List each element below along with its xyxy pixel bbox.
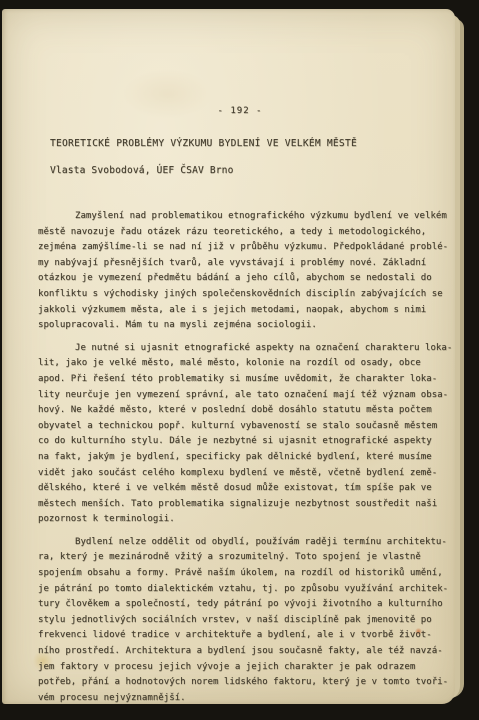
text-line: vém procesu nejvýznamnější. xyxy=(38,691,448,707)
text-line: městech menších. Tato problematika signa… xyxy=(38,497,448,513)
page-number: - 192 - xyxy=(38,106,442,116)
text-line: Bydlení nelze oddělit od obydlí, používá… xyxy=(38,535,448,551)
text-line: frekvenci lidové tradice v architektuře … xyxy=(38,628,448,644)
document-page: - 192 - TEORETICKÉ PROBLÉMY VÝZKUMU BYDL… xyxy=(2,9,455,704)
text-line: ra, který je mezinárodně vžitý a srozumi… xyxy=(38,550,448,566)
paragraph: Je nutné si ujasnit etnografické aspekty… xyxy=(38,341,448,528)
text-line: ního prostředí. Architektura a bydlení j… xyxy=(38,644,448,660)
text-line: otázkou je vymezení předmětu bádání a je… xyxy=(38,271,448,287)
text-line: vidět jako součást celého komplexu bydle… xyxy=(38,466,448,482)
text-line: Zamyšlení nad problematikou etnografické… xyxy=(38,209,448,225)
text-line: jakkoli výzkumem města, ale i s jejich m… xyxy=(38,303,448,319)
text-line: stylu jednotlivých sociálních vrstev, v … xyxy=(38,613,448,629)
text-line: tury člověkem a společností, tedy pátrán… xyxy=(38,597,448,613)
text-line: obyvatel a technickou popř. kulturní vyb… xyxy=(38,419,448,435)
text-line: je pátrání po tomto dialektickém vztahu,… xyxy=(38,582,448,598)
text-line: spojením obsahu a formy. Právě naším úko… xyxy=(38,566,448,582)
text-line: apod. Při řešení této problematiky si mu… xyxy=(38,372,448,388)
text-line: co do kulturního stylu. Dále je nezbytné… xyxy=(38,434,448,450)
text-line: lity neurčuje jen vymezení správní, ale … xyxy=(38,388,448,404)
text-line: pozornost k terminologii. xyxy=(38,512,448,528)
author-line: Vlasta Svobodová, ÚEF ČSAV Brno xyxy=(50,165,450,176)
text-line: na fakt, jakým je bydlení, specificky pa… xyxy=(38,450,448,466)
text-line: konfliktu s východisky jiných společensk… xyxy=(38,287,448,303)
text-line: jem faktory v procesu jejich vývoje a je… xyxy=(38,660,448,676)
article-title: TEORETICKÉ PROBLÉMY VÝZKUMU BYDLENÍ VE V… xyxy=(50,138,450,149)
text-line: Je nutné si ujasnit etnografické aspekty… xyxy=(38,341,448,357)
text-line: hový. Ne každé město, které v poslední d… xyxy=(38,403,448,419)
text-line: lit, jako je velké město, malé město, ko… xyxy=(38,356,448,372)
text-line: dělského, které i ve velkém městě dosud … xyxy=(38,481,448,497)
article-body: Zamyšlení nad problematikou etnografické… xyxy=(38,209,448,713)
paragraph: Bydlení nelze oddělit od obydlí, používá… xyxy=(38,535,448,707)
text-line: zejména zamýšlíme-li se nad ní již v prů… xyxy=(38,240,448,256)
text-line: my nabývají přesnějších tvarů, ale vyvst… xyxy=(38,256,448,272)
text-line: potřeb, přání a hodnotových norem lidské… xyxy=(38,675,448,691)
text-line: městě navozuje řadu otázek rázu teoretic… xyxy=(38,225,448,241)
paragraph: Zamyšlení nad problematikou etnografické… xyxy=(38,209,448,334)
text-line: spolupracovali. Mám tu na mysli zejména … xyxy=(38,318,448,334)
scan-backdrop: { "colors": { "backdrop": "#16140f", "pa… xyxy=(0,0,479,720)
